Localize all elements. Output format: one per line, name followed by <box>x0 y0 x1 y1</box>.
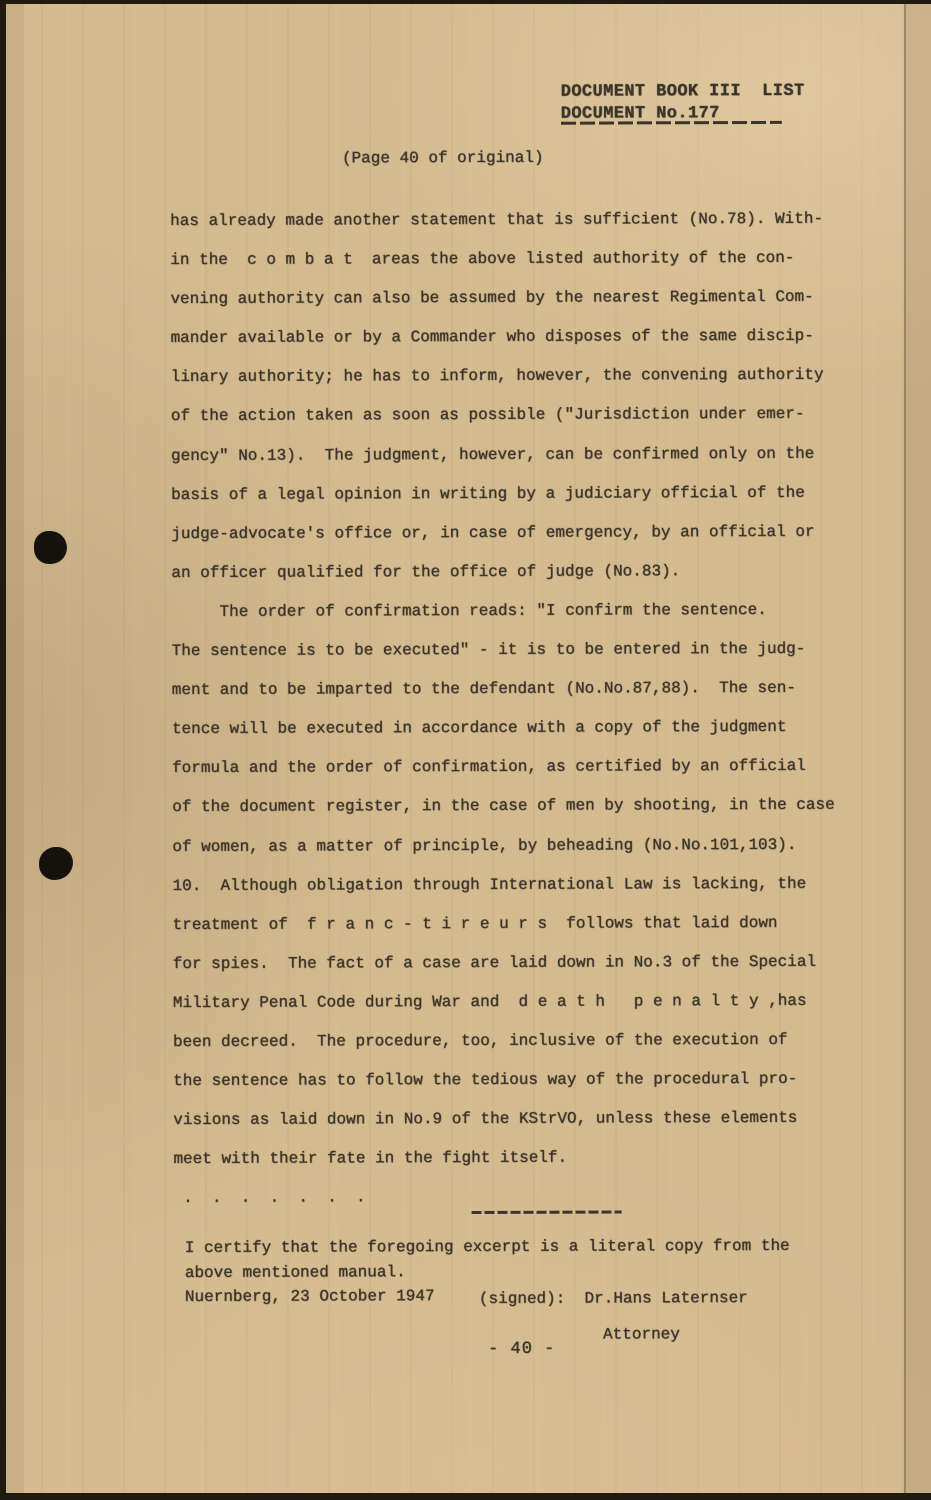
scan-edge-left <box>0 0 6 1500</box>
document-page: DOCUMENT BOOK III LIST DOCUMENT No.177 (… <box>0 0 931 1500</box>
text-line: vening authority can also be assumed by … <box>170 278 870 320</box>
text-line: in the c o m b a t areas the above liste… <box>170 239 870 281</box>
page-number: - 40 - <box>488 1340 555 1359</box>
scan-content: DOCUMENT BOOK III LIST DOCUMENT No.177 (… <box>0 0 931 1500</box>
dashed-separator <box>472 1210 622 1214</box>
text-line: basis of a legal opinion in writing by a… <box>171 473 871 515</box>
text-line: of the document register, in the case of… <box>172 786 872 828</box>
text-line: meet with their fate in the fight itself… <box>173 1138 873 1180</box>
text-line: visions as laid down in No.9 of the KStr… <box>173 1099 873 1141</box>
certification-line: I certify that the foregoing excerpt is … <box>185 1234 790 1261</box>
text-line: formula and the order of confirmation, a… <box>172 747 872 789</box>
text-line: the sentence has to follow the tedious w… <box>173 1060 873 1102</box>
text-line: of women, as a matter of principle, by b… <box>172 825 872 867</box>
text-line: treatment of f r a n c - t i r e u r s f… <box>173 903 873 945</box>
hole-punch-top <box>34 531 67 564</box>
text-line: The sentence is to be executed" - it is … <box>172 630 872 672</box>
text-line: Military Penal Code during War and d e a… <box>173 981 873 1023</box>
signature-title: Attorney <box>603 1325 680 1343</box>
paper-fold-right <box>904 0 931 1500</box>
certification-line: above mentioned manual. <box>185 1258 790 1285</box>
text-line: tence will be executed in accordance wit… <box>172 708 872 750</box>
text-line: The order of confirmation reads: "I conf… <box>171 591 871 633</box>
text-line: linary authority; he has to inform, howe… <box>171 356 871 398</box>
document-book-title: DOCUMENT BOOK III LIST <box>561 82 805 102</box>
text-line: 10. Although obligation through Internat… <box>172 864 872 906</box>
text-line: judge-advocate's office or, in case of e… <box>171 512 871 554</box>
text-line: for spies. The fact of a case are laid d… <box>173 942 873 984</box>
text-line: been decreed. The procedure, too, inclus… <box>173 1021 873 1063</box>
scan-edge-top <box>0 0 931 4</box>
signature-line: (signed): Dr.Hans Laternser <box>479 1289 748 1308</box>
text-line: of the action taken as soon as possible … <box>171 395 871 437</box>
header-underline <box>561 121 782 125</box>
page-reference: (Page 40 of original) <box>342 149 544 168</box>
text-line: an officer qualified for the office of j… <box>171 551 871 593</box>
body-text: has already made another statement that … <box>170 200 874 1219</box>
text-line: has already made another statement that … <box>170 200 870 242</box>
text-line: mander available or by a Commander who d… <box>170 317 870 359</box>
text-line: gency" No.13). The judgment, however, ca… <box>171 434 871 476</box>
text-line: ment and to be imparted to the defendant… <box>172 669 872 711</box>
scan-edge-bottom <box>0 1493 931 1500</box>
